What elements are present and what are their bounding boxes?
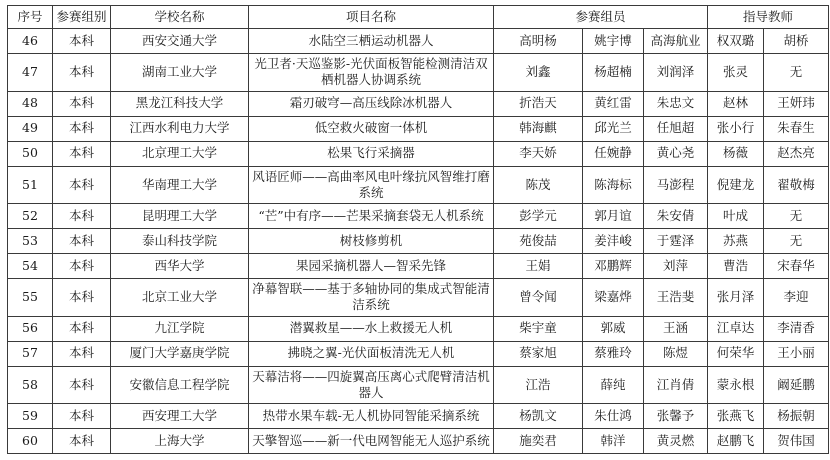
teacher-cell: 倪建龙: [708, 166, 764, 204]
group-cell: 本科: [53, 316, 111, 341]
project-cell: 低空救火破窗一体机: [249, 116, 494, 141]
header-members: 参赛组员: [494, 6, 708, 29]
header-index: 序号: [8, 6, 53, 29]
index-cell: 58: [8, 366, 53, 404]
project-cell: 树枝修剪机: [249, 229, 494, 254]
school-cell: 西华大学: [111, 254, 249, 279]
header-group: 参赛组别: [53, 6, 111, 29]
teacher-cell: 曹浩: [708, 254, 764, 279]
table-row: 50 本科 北京理工大学 松果飞行采摘器 李天娇 任婉静 黄心尧 杨薇 赵杰亮: [8, 141, 829, 166]
header-teachers: 指导教师: [708, 6, 829, 29]
index-cell: 50: [8, 141, 53, 166]
teacher-cell: 王小丽: [764, 341, 829, 366]
teacher-cell: 赵杰亮: [764, 141, 829, 166]
table-row: 49 本科 江西水利电力大学 低空救火破窗一体机 韩海麒 邱光兰 任旭超 张小行…: [8, 116, 829, 141]
member-cell: 杨凯文: [494, 404, 583, 429]
group-cell: 本科: [53, 366, 111, 404]
school-cell: 泰山科技学院: [111, 229, 249, 254]
project-cell: “芒”中有序——芒果采摘套袋无人机系统: [249, 204, 494, 229]
table-row: 54 本科 西华大学 果园采摘机器人—智采先锋 王娟 邓鹏辉 刘萍 曹浩 宋春华: [8, 254, 829, 279]
member-cell: 陈茂: [494, 166, 583, 204]
group-cell: 本科: [53, 254, 111, 279]
group-cell: 本科: [53, 54, 111, 92]
member-cell: 朱仕鸿: [583, 404, 644, 429]
member-cell: 郭威: [583, 316, 644, 341]
index-cell: 51: [8, 166, 53, 204]
school-cell: 江西水利电力大学: [111, 116, 249, 141]
teacher-cell: 张月泽: [708, 279, 764, 317]
index-cell: 60: [8, 429, 53, 454]
member-cell: 姜沣峻: [583, 229, 644, 254]
school-cell: 安徽信息工程学院: [111, 366, 249, 404]
school-cell: 北京工业大学: [111, 279, 249, 317]
header-school: 学校名称: [111, 6, 249, 29]
teacher-cell: 阚延鹏: [764, 366, 829, 404]
table-row: 52 本科 昆明理工大学 “芒”中有序——芒果采摘套袋无人机系统 彭学元 郭月谊…: [8, 204, 829, 229]
index-cell: 57: [8, 341, 53, 366]
member-cell: 江肖倩: [644, 366, 708, 404]
school-cell: 湖南工业大学: [111, 54, 249, 92]
member-cell: 杨超楠: [583, 54, 644, 92]
group-cell: 本科: [53, 166, 111, 204]
teacher-cell: 李清香: [764, 316, 829, 341]
table-row: 51 本科 华南理工大学 风语匠师——高曲率风电叶缘抗风智维打磨系统 陈茂 陈海…: [8, 166, 829, 204]
project-cell: 果园采摘机器人—智采先锋: [249, 254, 494, 279]
member-cell: 姚宇博: [583, 29, 644, 54]
member-cell: 陈海标: [583, 166, 644, 204]
table-row: 48 本科 黑龙江科技大学 霜刃破穹—高压线除冰机器人 折浩天 黄红雷 朱忠文 …: [8, 91, 829, 116]
member-cell: 张馨予: [644, 404, 708, 429]
group-cell: 本科: [53, 204, 111, 229]
project-cell: 拂晓之翼-光伏面板清洗无人机: [249, 341, 494, 366]
school-cell: 昆明理工大学: [111, 204, 249, 229]
teacher-cell: 权双璐: [708, 29, 764, 54]
table-row: 59 本科 西安理工大学 热带水果车载-无人机协同智能采摘系统 杨凯文 朱仕鸿 …: [8, 404, 829, 429]
member-cell: 蔡家旭: [494, 341, 583, 366]
index-cell: 55: [8, 279, 53, 317]
table-row: 56 本科 九江学院 潜翼救星——水上救援无人机 柴宇童 郭威 王涵 江卓达 李…: [8, 316, 829, 341]
member-cell: 薛纯: [583, 366, 644, 404]
table-row: 58 本科 安徽信息工程学院 天幕洁将——四旋翼高压离心式爬臂清洁机器人 江浩 …: [8, 366, 829, 404]
member-cell: 高明杨: [494, 29, 583, 54]
member-cell: 朱忠文: [644, 91, 708, 116]
teacher-cell: 翟敬梅: [764, 166, 829, 204]
teacher-cell: 叶成: [708, 204, 764, 229]
page: 序号 参赛组别 学校名称 项目名称 参赛组员 指导教师 46 本科 西安交通大学…: [0, 0, 830, 460]
group-cell: 本科: [53, 29, 111, 54]
member-cell: 曾令闻: [494, 279, 583, 317]
teacher-cell: 张燕飞: [708, 404, 764, 429]
group-cell: 本科: [53, 341, 111, 366]
school-cell: 九江学院: [111, 316, 249, 341]
school-cell: 厦门大学嘉庚学院: [111, 341, 249, 366]
member-cell: 韩洋: [583, 429, 644, 454]
teacher-cell: 张灵: [708, 54, 764, 92]
school-cell: 上海大学: [111, 429, 249, 454]
teacher-cell: 赵林: [708, 91, 764, 116]
member-cell: 柴宇童: [494, 316, 583, 341]
index-cell: 46: [8, 29, 53, 54]
school-cell: 黑龙江科技大学: [111, 91, 249, 116]
table-header: 序号 参赛组别 学校名称 项目名称 参赛组员 指导教师: [8, 6, 829, 29]
member-cell: 韩海麒: [494, 116, 583, 141]
teacher-cell: 苏燕: [708, 229, 764, 254]
teacher-cell: 杨振朝: [764, 404, 829, 429]
member-cell: 马澎程: [644, 166, 708, 204]
group-cell: 本科: [53, 404, 111, 429]
member-cell: 于霆泽: [644, 229, 708, 254]
header-row: 序号 参赛组别 学校名称 项目名称 参赛组员 指导教师: [8, 6, 829, 29]
teacher-cell: 宋春华: [764, 254, 829, 279]
teacher-cell: 贺伟国: [764, 429, 829, 454]
group-cell: 本科: [53, 116, 111, 141]
index-cell: 47: [8, 54, 53, 92]
teacher-cell: 江卓达: [708, 316, 764, 341]
index-cell: 49: [8, 116, 53, 141]
school-cell: 华南理工大学: [111, 166, 249, 204]
school-cell: 西安理工大学: [111, 404, 249, 429]
header-project: 项目名称: [249, 6, 494, 29]
teacher-cell: 蒙永根: [708, 366, 764, 404]
member-cell: 高海航业: [644, 29, 708, 54]
teacher-cell: 胡桥: [764, 29, 829, 54]
index-cell: 54: [8, 254, 53, 279]
member-cell: 郭月谊: [583, 204, 644, 229]
school-cell: 西安交通大学: [111, 29, 249, 54]
teacher-cell: 赵鹏飞: [708, 429, 764, 454]
table-row: 53 本科 泰山科技学院 树枝修剪机 苑俊喆 姜沣峻 于霆泽 苏燕 无: [8, 229, 829, 254]
member-cell: 李天娇: [494, 141, 583, 166]
results-table: 序号 参赛组别 学校名称 项目名称 参赛组员 指导教师 46 本科 西安交通大学…: [7, 5, 829, 454]
member-cell: 施奕君: [494, 429, 583, 454]
member-cell: 任旭超: [644, 116, 708, 141]
table-body: 46 本科 西安交通大学 水陆空三栖运动机器人 高明杨 姚宇博 高海航业 权双璐…: [8, 29, 829, 454]
group-cell: 本科: [53, 91, 111, 116]
member-cell: 折浩天: [494, 91, 583, 116]
project-cell: 松果飞行采摘器: [249, 141, 494, 166]
member-cell: 刘鑫: [494, 54, 583, 92]
teacher-cell: 无: [764, 229, 829, 254]
school-cell: 北京理工大学: [111, 141, 249, 166]
project-cell: 净幕智联——基于多轴协同的集成式智能清洁系统: [249, 279, 494, 317]
teacher-cell: 杨薇: [708, 141, 764, 166]
member-cell: 王娟: [494, 254, 583, 279]
teacher-cell: 李迎: [764, 279, 829, 317]
member-cell: 黄心尧: [644, 141, 708, 166]
member-cell: 邱光兰: [583, 116, 644, 141]
member-cell: 刘萍: [644, 254, 708, 279]
index-cell: 52: [8, 204, 53, 229]
member-cell: 苑俊喆: [494, 229, 583, 254]
member-cell: 刘润泽: [644, 54, 708, 92]
index-cell: 53: [8, 229, 53, 254]
member-cell: 王涵: [644, 316, 708, 341]
project-cell: 光卫者·天巡鉴影-光伏面板智能检测清洁双栖机器人协调系统: [249, 54, 494, 92]
table-row: 46 本科 西安交通大学 水陆空三栖运动机器人 高明杨 姚宇博 高海航业 权双璐…: [8, 29, 829, 54]
index-cell: 48: [8, 91, 53, 116]
teacher-cell: 无: [764, 54, 829, 92]
project-cell: 热带水果车载-无人机协同智能采摘系统: [249, 404, 494, 429]
group-cell: 本科: [53, 141, 111, 166]
member-cell: 朱安倩: [644, 204, 708, 229]
teacher-cell: 王妍玮: [764, 91, 829, 116]
project-cell: 霜刃破穹—高压线除冰机器人: [249, 91, 494, 116]
table-row: 57 本科 厦门大学嘉庚学院 拂晓之翼-光伏面板清洗无人机 蔡家旭 蔡雅玲 陈煜…: [8, 341, 829, 366]
group-cell: 本科: [53, 429, 111, 454]
member-cell: 王浩斐: [644, 279, 708, 317]
project-cell: 水陆空三栖运动机器人: [249, 29, 494, 54]
table-row: 55 本科 北京工业大学 净幕智联——基于多轴协同的集成式智能清洁系统 曾令闻 …: [8, 279, 829, 317]
project-cell: 潜翼救星——水上救援无人机: [249, 316, 494, 341]
member-cell: 黄红雷: [583, 91, 644, 116]
member-cell: 梁嘉烨: [583, 279, 644, 317]
index-cell: 56: [8, 316, 53, 341]
teacher-cell: 张小行: [708, 116, 764, 141]
project-cell: 天幕洁将——四旋翼高压离心式爬臂清洁机器人: [249, 366, 494, 404]
teacher-cell: 何荣华: [708, 341, 764, 366]
table-row: 47 本科 湖南工业大学 光卫者·天巡鉴影-光伏面板智能检测清洁双栖机器人协调系…: [8, 54, 829, 92]
member-cell: 蔡雅玲: [583, 341, 644, 366]
teacher-cell: 朱春生: [764, 116, 829, 141]
group-cell: 本科: [53, 279, 111, 317]
member-cell: 陈煜: [644, 341, 708, 366]
member-cell: 彭学元: [494, 204, 583, 229]
member-cell: 江浩: [494, 366, 583, 404]
table-row: 60 本科 上海大学 天擎智巡——新一代电网智能无人巡护系统 施奕君 韩洋 黄灵…: [8, 429, 829, 454]
member-cell: 任婉静: [583, 141, 644, 166]
project-cell: 天擎智巡——新一代电网智能无人巡护系统: [249, 429, 494, 454]
member-cell: 邓鹏辉: [583, 254, 644, 279]
teacher-cell: 无: [764, 204, 829, 229]
member-cell: 黄灵燃: [644, 429, 708, 454]
project-cell: 风语匠师——高曲率风电叶缘抗风智维打磨系统: [249, 166, 494, 204]
group-cell: 本科: [53, 229, 111, 254]
index-cell: 59: [8, 404, 53, 429]
